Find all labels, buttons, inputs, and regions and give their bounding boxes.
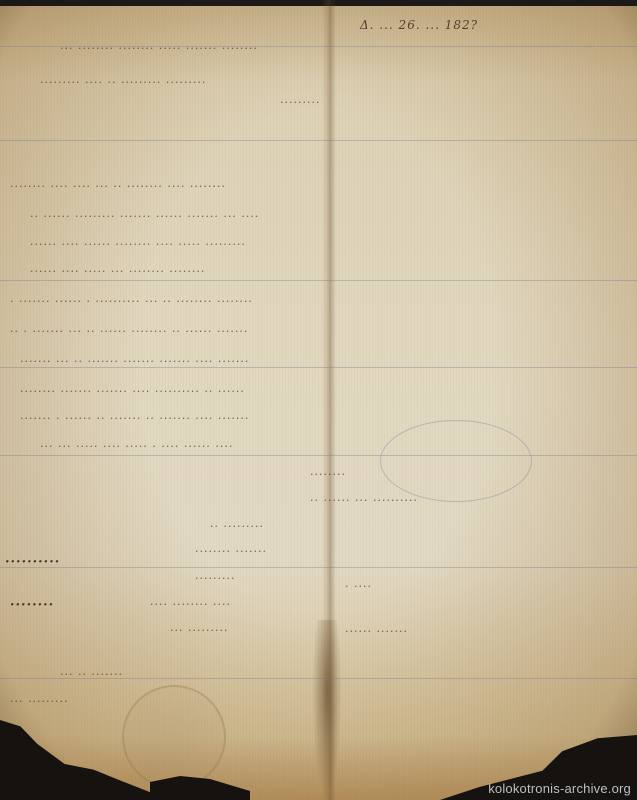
faded-seal-stamp [122,685,226,789]
pencil-scribble [380,420,532,502]
footer-note: ··· ·· ······· [60,668,123,681]
manuscript-page: Δ. ... 26. ... 182? ··· ········ ·······… [0,0,637,800]
ruled-line [0,280,637,281]
manuscript-line: ·· · ······· ··· ·· ······ ········ ·· ·… [10,325,248,338]
signature-right: · ···· [345,580,372,593]
signature-left: ········ [10,598,54,613]
signature-right: ······ ······· [345,625,408,638]
signature-line: ·· ········· [210,520,264,533]
manuscript-line: ········ [310,468,346,481]
ruled-line [0,140,637,141]
signature-line: ········ ······· [195,545,267,558]
manuscript-line: ········ ···· ···· ··· ·· ········ ···· … [10,180,226,193]
manuscript-line: ········· ···· ·· ········· ········· [40,76,206,89]
manuscript-line: ·· ······ ········· ······· ······ ·····… [30,210,259,223]
manuscript-line: ········ ······· ······· ···· ··········… [20,385,245,398]
burned-top-edge [0,0,637,6]
header-date-line: Δ. ... 26. ... 182? [360,18,478,32]
manuscript-line: ··· ········ ········ ····· ······· ····… [60,42,258,55]
manuscript-line: ······ ···· ····· ··· ········ ········ [30,265,205,278]
signature-line: ··· ········· [170,624,228,637]
ruled-line [0,567,637,568]
manuscript-line: ··· ··· ····· ···· ····· · ···· ······ ·… [40,440,233,453]
manuscript-line: ·· ······ ··· ·········· [310,494,418,507]
archive-watermark: kolokotronis-archive.org [488,781,631,796]
signature-line: ···· ········ ···· [150,598,231,611]
ruled-line [0,455,637,456]
manuscript-line: ······· · ······ ·· ······· ·· ······· ·… [20,412,249,425]
footer-note: ··· ········· [10,695,68,708]
signature-line: ········· [195,572,235,585]
fold-stain [312,620,342,800]
manuscript-line: · ······· ······ · ·········· ··· ·· ···… [10,295,253,308]
manuscript-line: ······ ···· ······ ········ ···· ····· ·… [30,238,246,251]
signature-left: ·········· [5,555,60,570]
manuscript-line: ······· ··· ·· ······· ······· ······· ·… [20,355,249,368]
manuscript-line: ········· [280,96,320,109]
